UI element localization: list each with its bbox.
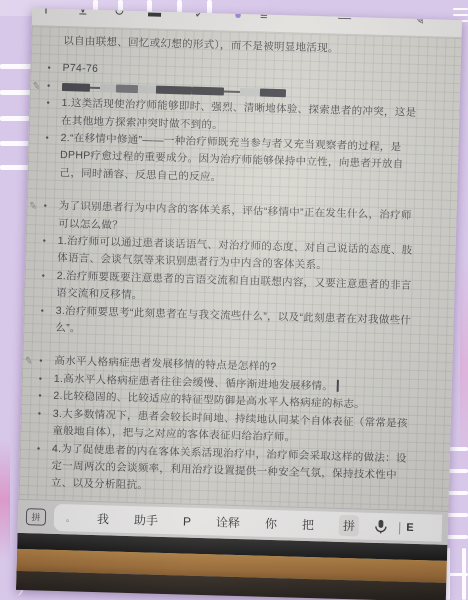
note-line: ✎ 以自由联想、回忆或幻想的形式），而不是被明显地活现。 — [33, 32, 419, 60]
frame-tick-line — [207, 0, 212, 14]
note-line: ✎ 4.为了促使患者的内在客体关系活现治疗中，治疗师会采取这样的做法：设定一周两… — [21, 440, 408, 503]
pinyin-mode-badge[interactable]: 拼 — [26, 508, 46, 526]
bullet-marker — [42, 233, 46, 250]
underline-icon[interactable]: ⊻ — [78, 8, 88, 21]
pencil-margin-icon: ✎ — [30, 77, 42, 96]
bullet-marker — [46, 95, 50, 112]
note-text: P74-76 — [62, 62, 98, 75]
note-text: 为了识别患者行为中内含的客体关系，评估“移情中”正在发生什么，治疗师可以怎么做？ — [58, 200, 412, 231]
check-icon[interactable]: ✓ — [194, 8, 205, 24]
text-cursor — [337, 380, 339, 392]
text-tool-icon[interactable]: I — [44, 8, 48, 19]
pen-icon[interactable]: ✎ — [412, 9, 426, 31]
note-line: ✎ 2.“在移情中修通”——一种治疗师既充当参与者又充当观察者的过程，是DPHP… — [29, 129, 416, 192]
pencil-margin-icon: ✎ — [27, 198, 39, 217]
bullet-marker — [38, 405, 42, 422]
ime-candidate[interactable]: 我 — [97, 510, 109, 527]
ime-candidate[interactable]: 把 — [302, 516, 314, 533]
minus-icon[interactable]: — — [338, 8, 352, 28]
bullet-marker — [38, 388, 42, 405]
note-text: 以自由联想、回忆或幻想的形式），而不是被明显地活现。 — [63, 35, 339, 55]
bullet-marker — [45, 130, 49, 147]
bullet-marker — [43, 198, 47, 215]
bullet-marker — [41, 267, 45, 284]
frame-tick-line — [453, 14, 468, 16]
ime-candidate[interactable]: 助手 — [134, 511, 158, 529]
bullet-marker — [41, 302, 45, 319]
list-icon[interactable]: ≡ — [260, 8, 268, 26]
note-text: 2.“在移情中修通”——一种治疗师既充当参与者又充当观察者的过程，是DPHP疗愈… — [59, 132, 403, 183]
bullet-marker — [47, 60, 51, 77]
color-dot-icon[interactable]: ● — [234, 8, 242, 25]
undo-icon[interactable]: ↺ — [114, 8, 125, 22]
note-text: 4.为了促使患者的内在客体关系活现治疗中，治疗师会采取这样的做法：设定一周两次的… — [51, 442, 407, 492]
bullet-marker — [39, 353, 43, 370]
ime-language-key[interactable]: E — [406, 521, 414, 533]
frame-tick-line — [453, 8, 468, 10]
framed-photo-canvas: { "frame": { "color": "#d7c7e9", "style"… — [0, 0, 468, 600]
ime-candidate[interactable]: P — [183, 514, 191, 528]
bullet-marker — [39, 370, 43, 387]
frame-pink-streak-left — [0, 440, 10, 560]
microphone-icon[interactable] — [375, 519, 387, 534]
pencil-margin-icon: ✎ — [23, 353, 35, 372]
ime-candidate[interactable]: 拼 — [339, 515, 360, 537]
ime-candidate[interactable]: 诠释 — [216, 513, 240, 531]
bullet-marker — [47, 77, 51, 94]
note-page: ✎ 以自由联想、回忆或幻想的形式），而不是被明显地活现。 ✎ P74-76 ✎ … — [18, 26, 461, 511]
note-text: 1.治疗师可以通过患者谈话语气、对治疗师的态度、对自己说话的态度、肢体语言、会谈… — [57, 235, 413, 272]
ime-candidate[interactable]: 你 — [265, 515, 277, 532]
ime-divider: | — [398, 520, 402, 535]
ime-candidate[interactable]: 。 — [66, 511, 75, 524]
tablet-photo: I ⊻ ↺ ▬ ✓ ● ≡ — ✎ ✎ 以自由联想、回忆或幻想的形式），而不是被… — [16, 8, 462, 600]
bullet-marker — [37, 440, 41, 457]
